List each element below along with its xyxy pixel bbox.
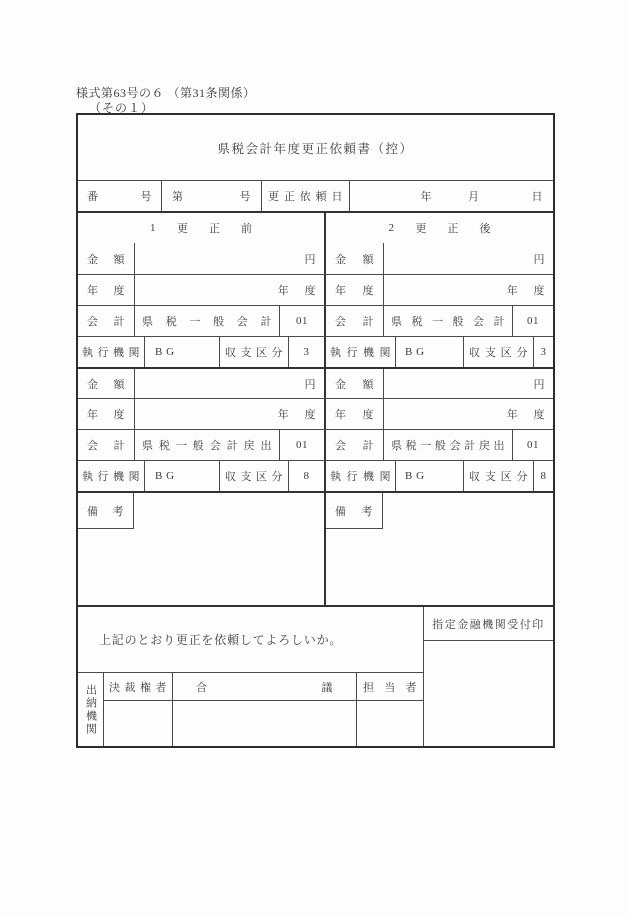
category-label-cell: 収支区分 <box>219 337 288 367</box>
category-code-cell: 3 <box>533 337 553 367</box>
number-prefix: 第 <box>172 191 210 203</box>
category-label-cell: 収支区分 <box>219 461 288 491</box>
number-value-cell: 第 号 <box>161 181 261 211</box>
category-label: 収支区分 <box>220 468 288 484</box>
account-label: 会計 <box>78 313 134 329</box>
amount-value-cell: 円 <box>134 243 324 274</box>
remarks-before-area: 備考 <box>78 493 324 605</box>
council-label: 合議 <box>173 679 356 695</box>
category-code: 8 <box>541 470 547 482</box>
year-value-cell: 年 度 <box>383 275 553 305</box>
amount-unit: 円 <box>534 376 546 392</box>
agency-code-cell: B G <box>144 337 219 367</box>
section-before-number: 1 <box>150 222 156 234</box>
accounting-org-cell: 出納機関 <box>78 673 104 746</box>
agency-label: 執行機関 <box>78 344 144 360</box>
approver-column: 決裁権者 <box>104 673 172 746</box>
bank-stamp-blank <box>424 641 553 746</box>
year-label-cell: 年度 <box>326 399 383 429</box>
account-code: 01 <box>296 315 308 327</box>
account-code: 01 <box>527 315 539 327</box>
year-suffix: 年 度 <box>278 406 316 422</box>
approver-header-cell: 決裁権者 <box>104 673 172 701</box>
amount-label: 金額 <box>326 251 383 267</box>
block1-after-year: 年度 年 度 <box>324 275 553 305</box>
year-suffix: 年 度 <box>507 406 545 422</box>
approval-area: 上記のとおり更正を依頼してよろしいか。 出納機関 決裁権者 合議 担当者 <box>78 607 423 746</box>
account-label: 会計 <box>78 437 134 453</box>
form-sheet: 様式第63号の６ （第31条関係） （その１） 県税会計年度更正依頼書（控） 番… <box>0 0 630 915</box>
amount-value-cell: 円 <box>134 369 324 398</box>
number-row: 番号 第 号 更正依頼日 年 月 日 <box>78 180 553 211</box>
agency-label: 執行機関 <box>78 468 144 484</box>
amount-value-cell: 円 <box>383 243 553 274</box>
accounting-org-label: 出納機関 <box>83 684 99 736</box>
category-label: 収支区分 <box>464 344 533 360</box>
block1-before-account: 会計 県税一般会計 01 <box>78 306 324 336</box>
year-label: 年度 <box>78 406 134 422</box>
block2-before-amount: 金額 円 <box>78 369 324 398</box>
year-label-cell: 年度 <box>78 275 134 305</box>
year-label-cell: 年度 <box>78 399 134 429</box>
block2-after-account: 会計 県税一般会計戻出 01 <box>324 430 553 460</box>
remarks-label-cell: 備考 <box>326 493 383 529</box>
confirmation-text: 上記のとおり更正を依頼してよろしいか。 <box>78 607 423 673</box>
agency-label-cell: 執行機関 <box>78 337 144 367</box>
block2-after-amount: 金額 円 <box>324 369 553 398</box>
council-header-cell: 合議 <box>173 673 356 701</box>
block2-amount-row: 金額 円 金額 円 <box>78 367 553 398</box>
block1-after-account: 会計 県税一般会計 01 <box>324 306 553 336</box>
account-name: 県税一般会計戻出 <box>384 437 512 453</box>
account-code-cell: 01 <box>279 430 324 460</box>
amount-value-cell: 円 <box>383 369 553 398</box>
block1-after-amount: 金額 円 <box>324 243 553 274</box>
approver-blank-cell <box>104 701 172 746</box>
account-code: 01 <box>296 439 308 451</box>
year-label: 年度 <box>78 282 134 298</box>
account-name-cell: 県税一般会計 <box>383 306 512 336</box>
account-name: 県税一般会計 <box>384 313 512 329</box>
year-label-cell: 年度 <box>326 275 383 305</box>
account-label: 会計 <box>326 313 383 329</box>
agency-code: B G <box>405 470 425 482</box>
approver-label: 決裁権者 <box>104 679 172 695</box>
account-name-cell: 県税一般会計 <box>134 306 279 336</box>
category-label-cell: 収支区分 <box>463 337 533 367</box>
block1-account-row: 会計 県税一般会計 01 会計 県税一般会計 01 <box>78 305 553 336</box>
block1-before-year: 年度 年 度 <box>78 275 324 305</box>
block2-year-row: 年度 年 度 年度 年 度 <box>78 398 553 429</box>
number-suffix: 号 <box>240 191 252 203</box>
approval-grid: 出納機関 決裁権者 合議 担当者 <box>78 673 423 746</box>
amount-unit: 円 <box>534 251 546 267</box>
category-label-cell: 収支区分 <box>463 461 533 491</box>
account-code-cell: 01 <box>512 430 553 460</box>
block1-after-agency: 執行機関 B G 収支区分 3 <box>324 337 553 367</box>
amount-unit: 円 <box>305 251 317 267</box>
block2-after-agency: 執行機関 B G 収支区分 8 <box>324 461 553 491</box>
block2-before-agency: 執行機関 B G 収支区分 8 <box>78 461 324 491</box>
section-after-number: 2 <box>389 222 395 234</box>
block2-before-account: 会計 県税一般会計戻出 01 <box>78 430 324 460</box>
agency-code-cell: B G <box>144 461 219 491</box>
year-value-cell: 年 度 <box>134 399 324 429</box>
remarks-row: 備考 備考 <box>78 491 553 605</box>
form-title-row: 県税会計年度更正依頼書（控） <box>78 115 553 180</box>
category-code-cell: 3 <box>288 337 324 367</box>
category-label: 収支区分 <box>464 468 533 484</box>
remarks-after-area: 備考 <box>324 493 553 605</box>
account-label-cell: 会計 <box>78 306 134 336</box>
year-value-cell: 年 度 <box>383 399 553 429</box>
amount-label: 金額 <box>78 251 134 267</box>
year-value-cell: 年 度 <box>134 275 324 305</box>
section-header-before: 1 更正前 <box>78 213 324 243</box>
agency-label-cell: 執行機関 <box>326 337 395 367</box>
block2-after-year: 年度 年 度 <box>324 399 553 429</box>
request-date-label-cell: 更正依頼日 <box>261 181 349 211</box>
agency-label-cell: 執行機関 <box>326 461 395 491</box>
agency-code-cell: B G <box>395 337 463 367</box>
account-code: 01 <box>527 439 539 451</box>
year-label: 年度 <box>326 406 383 422</box>
amount-label-cell: 金額 <box>78 243 134 274</box>
council-column: 合議 <box>172 673 356 746</box>
council-blank-cell <box>173 701 356 746</box>
account-label-cell: 会計 <box>326 306 383 336</box>
request-date-label: 更正依頼日 <box>262 188 349 204</box>
account-name: 県税一般会計戻出 <box>135 437 279 453</box>
account-code-cell: 01 <box>512 306 553 336</box>
date-unit-month: 月 <box>468 188 480 204</box>
request-date-value-cell: 年 月 日 <box>349 181 553 211</box>
year-suffix: 年 度 <box>278 282 316 298</box>
date-unit-year: 年 <box>421 188 433 204</box>
agency-label-cell: 執行機関 <box>78 461 144 491</box>
section-header-row: 1 更正前 2 更正後 <box>78 211 553 243</box>
correction-request-form-table: 県税会計年度更正依頼書（控） 番号 第 号 更正依頼日 年 月 日 1 更正前 <box>76 113 555 748</box>
bank-stamp-label: 指定金融機関受付印 <box>424 607 553 641</box>
year-label: 年度 <box>326 282 383 298</box>
remarks-label: 備考 <box>326 503 382 519</box>
section-before-label: 更正前 <box>177 220 273 236</box>
block1-before-amount: 金額 円 <box>78 243 324 274</box>
account-name: 県税一般会計 <box>135 313 279 329</box>
amount-label: 金額 <box>326 376 383 392</box>
block1-agency-row: 執行機関 B G 収支区分 3 執行機関 B G 収支区分 3 <box>78 336 553 367</box>
category-code-cell: 8 <box>288 461 324 491</box>
footer-row: 上記のとおり更正を依頼してよろしいか。 出納機関 決裁権者 合議 担当者 <box>78 605 553 746</box>
amount-label-cell: 金額 <box>326 369 383 398</box>
agency-code-cell: B G <box>395 461 463 491</box>
account-name-cell: 県税一般会計戻出 <box>383 430 512 460</box>
agency-code: B G <box>405 346 425 358</box>
year-suffix: 年 度 <box>507 282 545 298</box>
block1-before-agency: 執行機関 B G 収支区分 3 <box>78 337 324 367</box>
block1-year-row: 年度 年 度 年度 年 度 <box>78 274 553 305</box>
block2-before-year: 年度 年 度 <box>78 399 324 429</box>
category-label: 収支区分 <box>220 344 288 360</box>
bank-stamp-area: 指定金融機関受付印 <box>423 607 553 746</box>
agency-code: B G <box>155 346 175 358</box>
block2-agency-row: 執行機関 B G 収支区分 8 執行機関 B G 収支区分 8 <box>78 460 553 491</box>
category-code-cell: 8 <box>533 461 553 491</box>
agency-code: B G <box>155 470 175 482</box>
staff-blank-cell <box>357 701 423 746</box>
amount-unit: 円 <box>305 376 317 392</box>
category-code: 3 <box>304 346 310 358</box>
block1-amount-row: 金額 円 金額 円 <box>78 243 553 274</box>
account-code-cell: 01 <box>279 306 324 336</box>
staff-label: 担当者 <box>357 679 423 695</box>
category-code: 3 <box>541 346 547 358</box>
amount-label: 金額 <box>78 376 134 392</box>
amount-label-cell: 金額 <box>326 243 383 274</box>
staff-header-cell: 担当者 <box>357 673 423 701</box>
number-label-cell: 番号 <box>78 181 161 211</box>
block2-account-row: 会計 県税一般会計戻出 01 会計 県税一般会計戻出 01 <box>78 429 553 460</box>
account-label-cell: 会計 <box>78 430 134 460</box>
agency-label: 執行機関 <box>326 468 395 484</box>
remarks-label: 備考 <box>78 503 133 519</box>
category-code: 8 <box>304 470 310 482</box>
staff-column: 担当者 <box>356 673 423 746</box>
date-unit-day: 日 <box>532 188 544 204</box>
account-name-cell: 県税一般会計戻出 <box>134 430 279 460</box>
account-label: 会計 <box>326 437 383 453</box>
account-label-cell: 会計 <box>326 430 383 460</box>
section-after-label: 更正後 <box>416 220 512 236</box>
form-title: 県税会計年度更正依頼書（控） <box>217 139 413 157</box>
amount-label-cell: 金額 <box>78 369 134 398</box>
number-label: 番号 <box>78 188 161 204</box>
section-header-after: 2 更正後 <box>324 213 553 243</box>
number-value-frame: 第 号 <box>162 188 261 204</box>
remarks-label-cell: 備考 <box>78 493 134 529</box>
agency-label: 執行機関 <box>326 344 395 360</box>
